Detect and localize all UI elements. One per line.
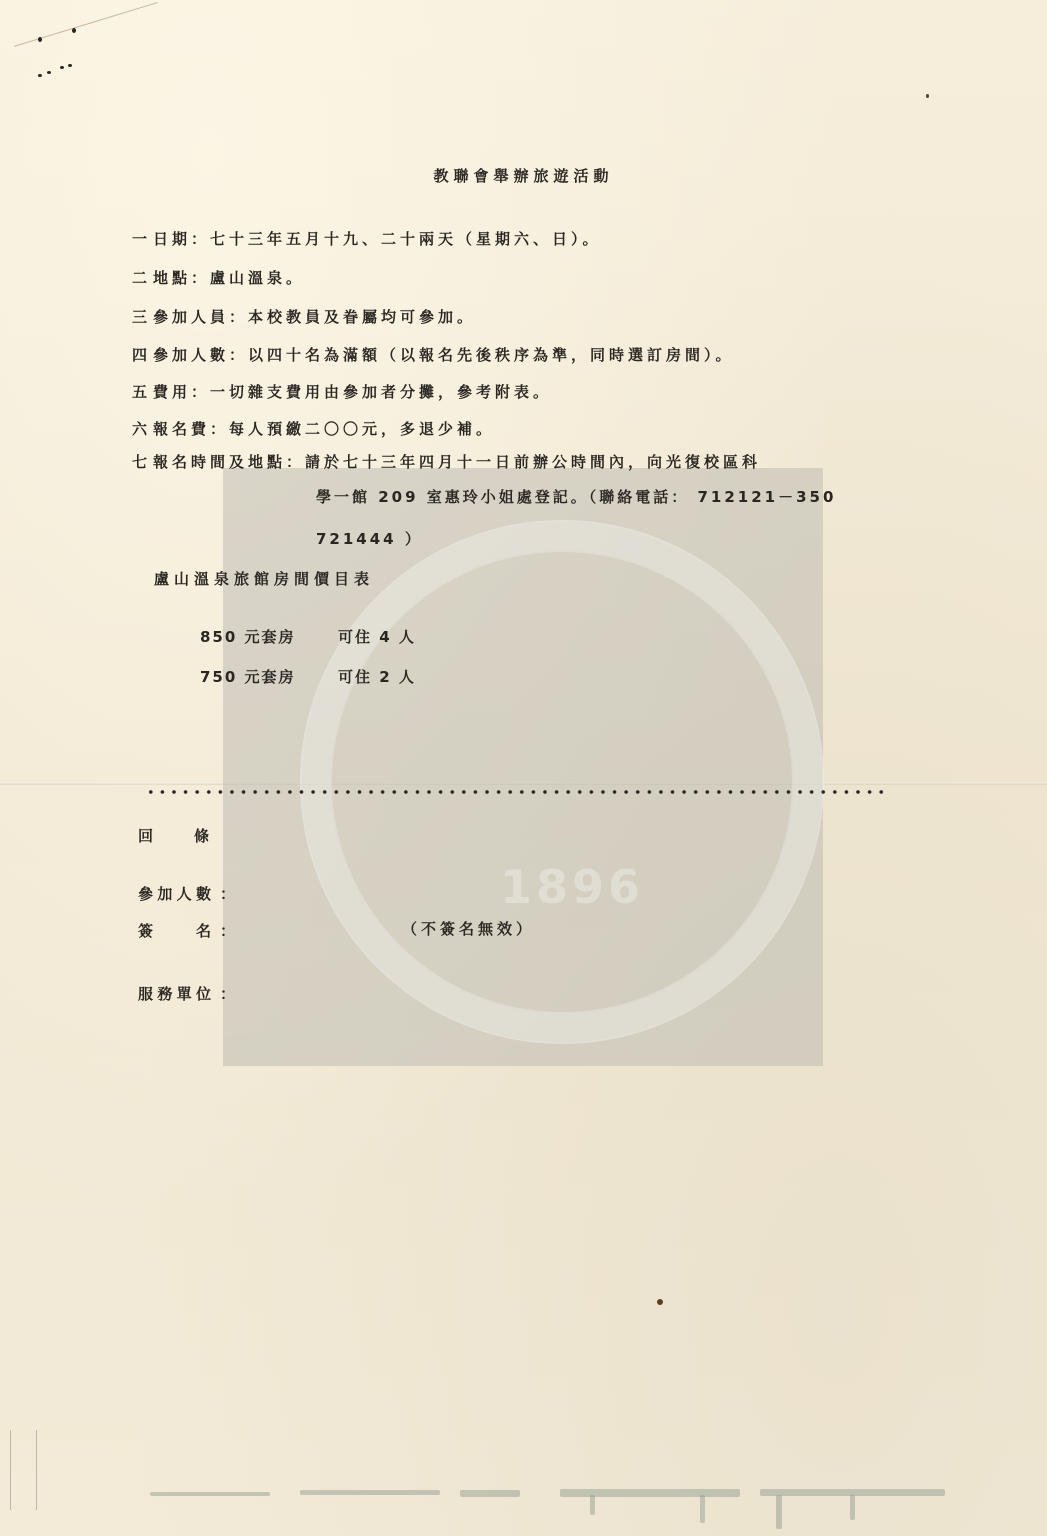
notice-item: 二地點：盧山溫泉。 — [132, 267, 305, 288]
item-number: 四 — [132, 344, 151, 365]
item-number: 二 — [132, 267, 151, 288]
item-label: 費用 — [153, 383, 191, 401]
item-continuation: 學一館 209 室惠玲小姐處登記。（聯絡電話： 712121－350 — [316, 486, 836, 507]
notice-item: 七報名時間及地點：請於七十三年四月十一日前辦公時間內，向光復校區科 — [132, 451, 761, 472]
ink-speck — [60, 66, 64, 69]
item-label: 地點 — [153, 269, 191, 287]
item-label: 報名費 — [153, 420, 210, 438]
item-continuation: 721444 ） — [316, 528, 423, 549]
ink-speck — [926, 94, 929, 98]
room-type: 750 元套房 — [200, 668, 296, 686]
water-drip — [590, 1495, 595, 1515]
tear-line — [145, 789, 890, 795]
item-text: 七十三年五月十九、二十兩天（星期六、日）。 — [210, 230, 602, 248]
item-text: 一切雜支費用由參加者分攤，參考附表。 — [210, 383, 552, 401]
item-text: 以四十名為滿額（以報名先後秩序為準，同時選訂房間）。 — [248, 346, 735, 364]
notice-item: 一日期：七十三年五月十九、二十兩天（星期六、日）。 — [132, 228, 602, 249]
item-number: 六 — [132, 418, 151, 439]
item-number: 七 — [132, 451, 151, 472]
edge-line — [10, 1430, 11, 1510]
colon: ： — [229, 346, 248, 364]
ink-speck — [38, 74, 42, 77]
room-type: 850 元套房 — [200, 628, 296, 646]
notice-item: 六報名費：每人預繳二〇〇元，多退少補。 — [132, 418, 495, 439]
emblem-year: 1896 — [500, 860, 644, 914]
water-drip — [776, 1495, 782, 1529]
document-title: 教聯會舉辦旅遊活動 — [0, 165, 1047, 186]
price-table-title: 盧山溫泉旅館房間價目表 — [154, 568, 374, 589]
reply-field-label: 簽名： — [138, 920, 238, 941]
item-number: 三 — [132, 306, 151, 327]
colon: ： — [229, 308, 248, 326]
item-number: 一 — [132, 228, 151, 249]
item-label: 參加人員 — [153, 308, 229, 326]
price-row: 750 元套房可住 2 人 — [200, 666, 296, 687]
colon: ： — [220, 885, 238, 903]
colon: ： — [191, 230, 210, 248]
reply-slip-heading: 回 條 — [138, 825, 212, 846]
notice-item: 三參加人員：本校教員及眷屬均可參加。 — [132, 306, 476, 327]
room-capacity: 可住 4 人 — [338, 626, 416, 647]
item-text: 本校教員及眷屬均可參加。 — [248, 308, 476, 326]
ink-speck — [47, 71, 51, 74]
water-stain — [300, 1490, 440, 1495]
reply-field-label: 參加人數： — [138, 883, 238, 904]
colon: ： — [286, 453, 305, 471]
ink-speck — [68, 64, 72, 67]
water-stain — [150, 1492, 270, 1496]
water-drip — [850, 1495, 855, 1520]
price-row: 850 元套房可住 4 人 — [200, 626, 296, 647]
notice-item: 五費用：一切雜支費用由參加者分攤，參考附表。 — [132, 381, 552, 402]
colon: ： — [220, 922, 238, 940]
colon: ： — [191, 269, 210, 287]
notice-item: 四參加人數：以四十名為滿額（以報名先後秩序為準，同時選訂房間）。 — [132, 344, 735, 365]
colon: ： — [210, 420, 229, 438]
item-label: 報名時間及地點 — [153, 453, 286, 471]
reply-field-label: 服務單位： — [138, 983, 238, 1004]
room-capacity: 可住 2 人 — [338, 666, 416, 687]
item-text: 每人預繳二〇〇元，多退少補。 — [229, 420, 495, 438]
item-number: 五 — [132, 381, 151, 402]
item-text: 請於七十三年四月十一日前辦公時間內，向光復校區科 — [305, 453, 761, 471]
water-stain — [460, 1490, 520, 1497]
ink-speck — [38, 37, 42, 42]
water-stain — [560, 1489, 740, 1497]
water-drip — [700, 1495, 705, 1523]
edge-line — [36, 1430, 37, 1510]
item-text: 盧山溫泉。 — [210, 269, 305, 287]
item-label: 日期 — [153, 230, 191, 248]
item-label: 參加人數 — [153, 346, 229, 364]
signature-note: （不簽名無效） — [402, 918, 535, 939]
colon: ： — [191, 383, 210, 401]
ink-speck — [657, 1299, 663, 1305]
colon: ： — [220, 985, 238, 1003]
embossed-emblem — [300, 520, 824, 1044]
ink-speck — [72, 28, 76, 33]
